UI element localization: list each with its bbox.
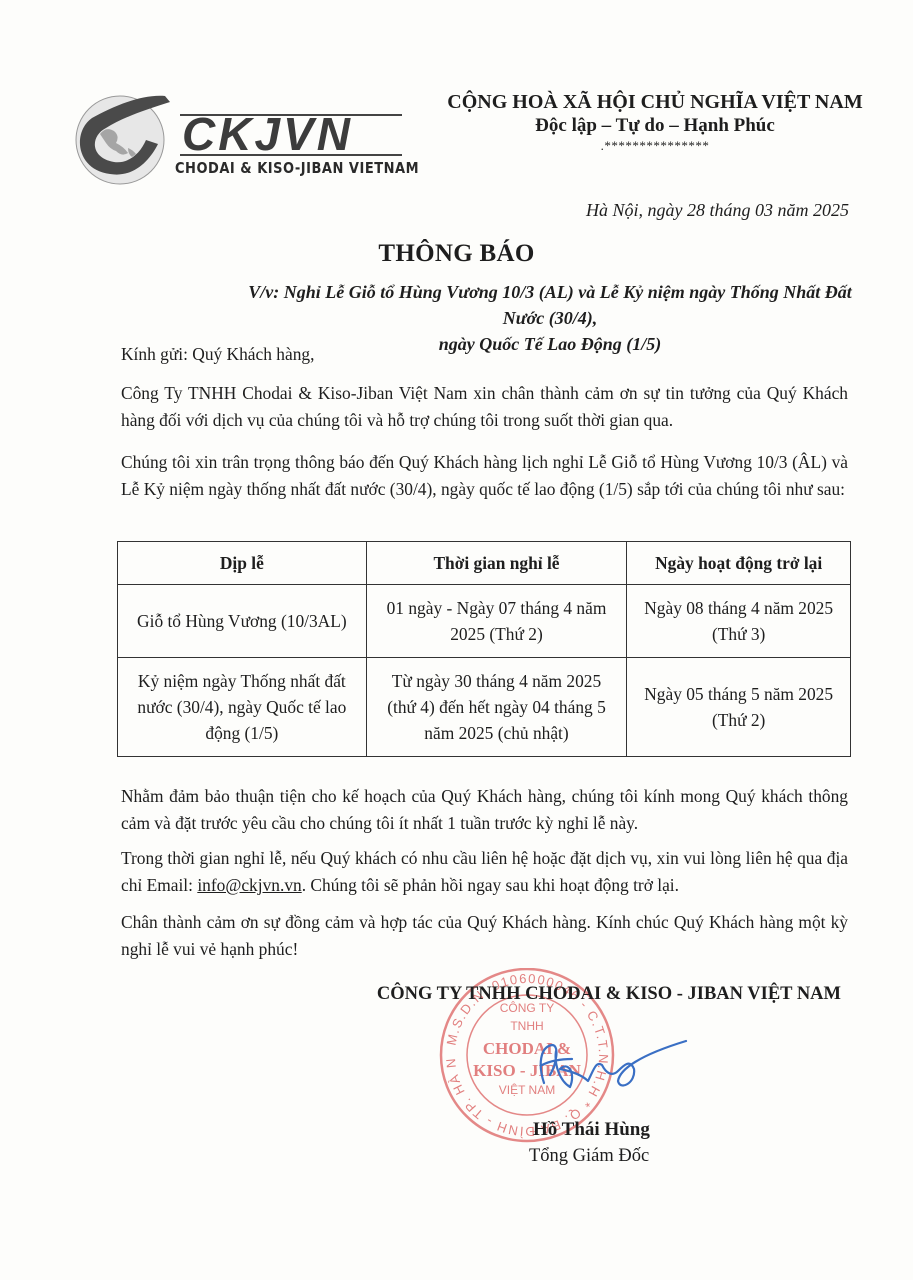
holiday-schedule-table: Dịp lễ Thời gian nghỉ lễ Ngày hoạt động …: [117, 541, 851, 757]
subject-line-1: V/v: Nghỉ Lễ Giỗ tổ Hùng Vương 10/3 (AL)…: [240, 279, 860, 331]
cell-time-off: 01 ngày - Ngày 07 tháng 4 năm 2025 (Thứ …: [366, 585, 627, 658]
paragraph-thanks: Công Ty TNHH Chodai & Kiso-Jiban Việt Na…: [121, 380, 848, 434]
cell-time-off: Từ ngày 30 tháng 4 năm 2025 (thứ 4) đến …: [366, 658, 627, 757]
national-slogan: Độc lập – Tự do – Hạnh Phúc: [440, 114, 870, 138]
globe-swirl-logo-icon: [70, 88, 180, 188]
logo-wordmark: CKJVN: [182, 110, 353, 158]
cell-holiday: Giỗ tổ Hùng Vương (10/3AL): [118, 585, 367, 658]
company-logo: CKJVN CHODAI & KISO-JIBAN VIETNAM: [70, 88, 410, 188]
signing-company-name: CÔNG TY TNHH CHODAI & KISO - JIBAN VIỆT …: [377, 984, 841, 1005]
column-header-holiday: Dịp lễ: [118, 542, 367, 585]
national-motto: CỘNG HOÀ XÃ HỘI CHỦ NGHĨA VIỆT NAM Độc l…: [440, 90, 870, 154]
handwritten-signature-icon: [530, 1025, 690, 1105]
greeting: Kính gửi: Quý Khách hàng,: [121, 341, 848, 368]
contact-text-after: . Chúng tôi sẽ phản hồi ngay sau khi hoạ…: [302, 875, 679, 895]
column-header-time-off: Thời gian nghỉ lễ: [366, 542, 627, 585]
cell-resume-date: Ngày 08 tháng 4 năm 2025 (Thứ 3): [627, 585, 851, 658]
paragraph-contact: Trong thời gian nghỉ lễ, nếu Quý khách c…: [121, 845, 848, 899]
paragraph-closing: Chân thành cảm ơn sự đồng cảm và hợp tác…: [121, 909, 848, 963]
document-title: THÔNG BÁO: [0, 240, 913, 268]
signer-name: Hồ Thái Hùng: [533, 1119, 650, 1141]
cell-holiday: Kỷ niệm ngày Thống nhất đất nước (30/4),…: [118, 658, 367, 757]
column-header-resume-date: Ngày hoạt động trở lại: [627, 542, 851, 585]
logo-company-name: CHODAI & KISO-JIBAN VIETNAM: [175, 159, 419, 177]
table-row: Giỗ tổ Hùng Vương (10/3AL) 01 ngày - Ngà…: [118, 585, 851, 658]
date-line: Hà Nội, ngày 28 tháng 03 năm 2025: [586, 200, 849, 221]
table-header-row: Dịp lễ Thời gian nghỉ lễ Ngày hoạt động …: [118, 542, 851, 585]
logo-rule-bottom: [180, 154, 402, 156]
table-row: Kỷ niệm ngày Thống nhất đất nước (30/4),…: [118, 658, 851, 757]
country-name: CỘNG HOÀ XÃ HỘI CHỦ NGHĨA VIỆT NAM: [440, 90, 870, 114]
email-link[interactable]: info@ckjvn.vn: [197, 875, 301, 895]
cell-resume-date: Ngày 05 tháng 5 năm 2025 (Thứ 2): [627, 658, 851, 757]
signer-title: Tổng Giám Đốc: [529, 1146, 649, 1167]
paragraph-announcement: Chúng tôi xin trân trọng thông báo đến Q…: [121, 449, 848, 503]
motto-separator: .***************: [440, 138, 870, 154]
paragraph-advance-request: Nhằm đảm bảo thuận tiện cho kế hoạch của…: [121, 783, 848, 837]
